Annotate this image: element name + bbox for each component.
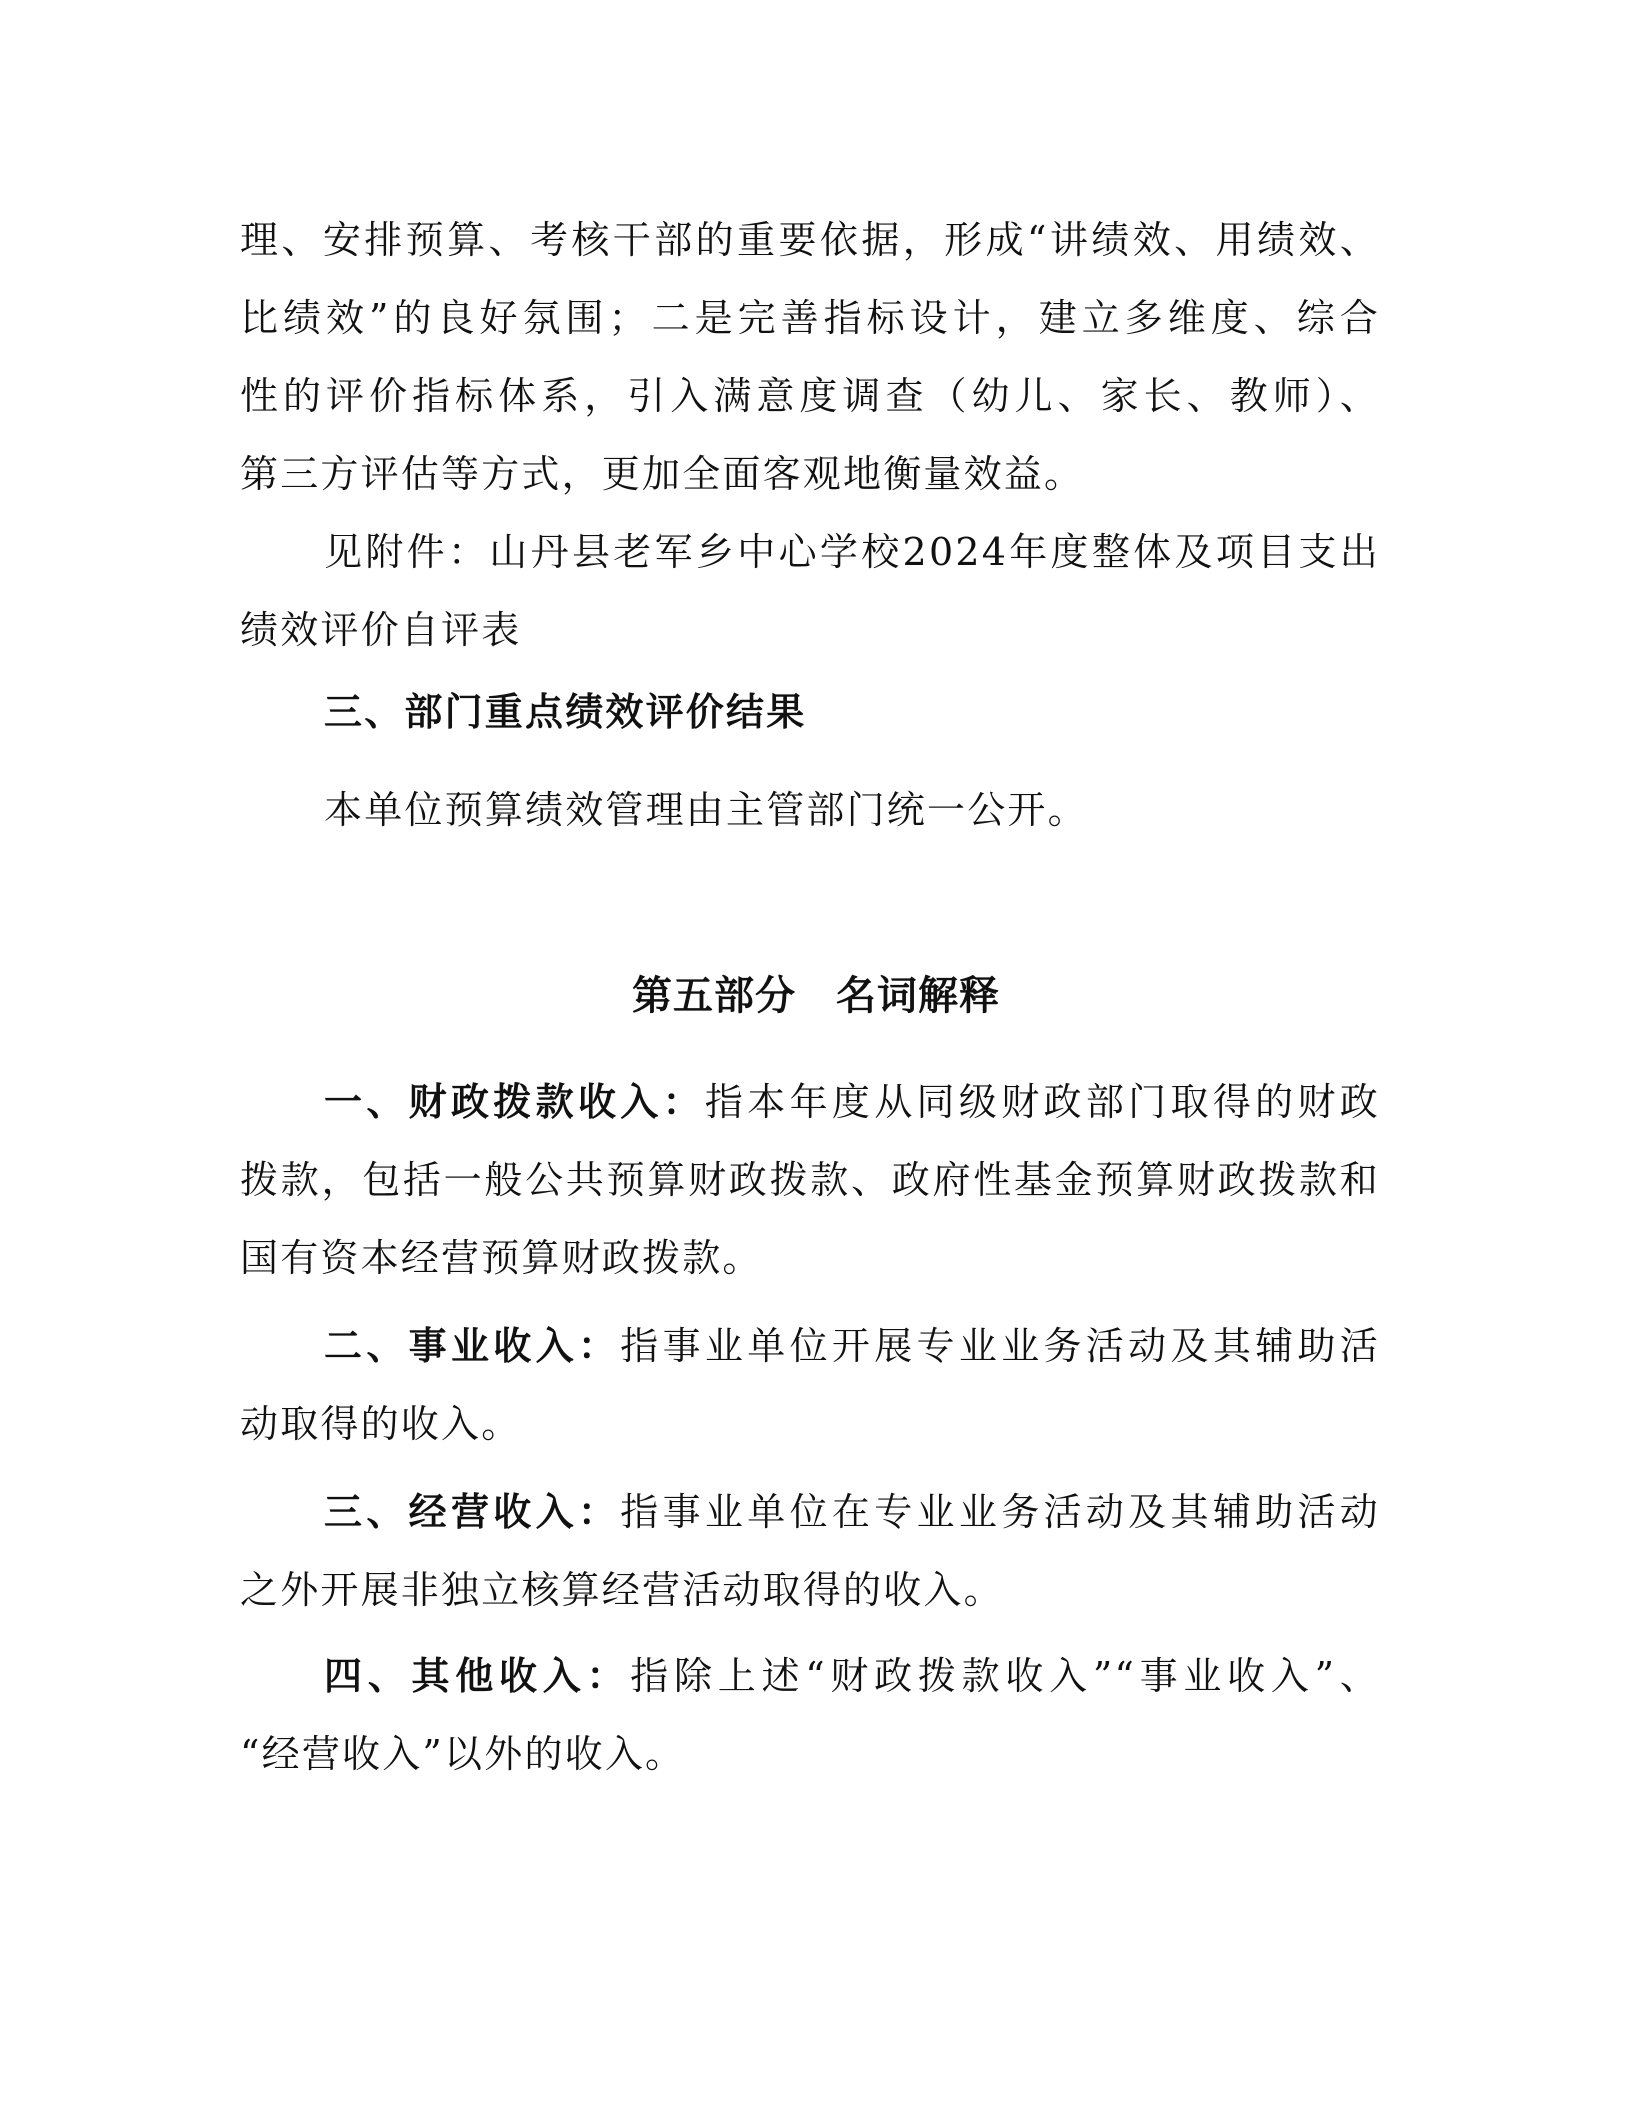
term-label: 四、其他收入： <box>324 1654 630 1698</box>
term-definition: 指事业单位在专业业务活动及其辅助活动 <box>620 1490 1380 1534</box>
section-title-name: 名词解释 <box>836 972 1000 1019</box>
term-business-income: 二、事业收入：指事业单位开展专业业务活动及其辅助活 <box>324 1324 1380 1368</box>
term-definition-line: 国有资本经营预算财政拨款。 <box>240 1236 1380 1280</box>
term-definition: 指本年度从同级财政部门取得的财政 <box>705 1080 1380 1124</box>
paragraph-line: 比绩效”的良好氛围；二是完善指标设计，建立多维度、综合 <box>240 296 1380 340</box>
term-definition-line: 之外开展非独立核算经营活动取得的收入。 <box>240 1568 1380 1612</box>
term-fiscal-appropriation: 一、财政拨款收入：指本年度从同级财政部门取得的财政 <box>324 1080 1380 1124</box>
attachment-line: 绩效评价自评表 <box>240 608 1380 652</box>
document-page: 理、安排预算、考核干部的重要依据，形成“讲绩效、用绩效、 比绩效”的良好氛围；二… <box>0 0 1632 2112</box>
term-label: 一、财政拨款收入： <box>324 1080 705 1124</box>
term-definition: 指除上述“财政拨款收入”“事业收入”、 <box>630 1654 1380 1698</box>
term-label: 三、经营收入： <box>324 1490 620 1534</box>
term-definition-line: 拨款，包括一般公共预算财政拨款、政府性基金预算财政拨款和 <box>240 1158 1380 1202</box>
term-definition-line: “经营收入”以外的收入。 <box>240 1732 1380 1776</box>
term-operating-income: 三、经营收入：指事业单位在专业业务活动及其辅助活动 <box>324 1490 1380 1534</box>
term-other-income: 四、其他收入：指除上述“财政拨款收入”“事业收入”、 <box>324 1654 1380 1698</box>
paragraph-line: 理、安排预算、考核干部的重要依据，形成“讲绩效、用绩效、 <box>240 218 1380 262</box>
subheading-key-evaluation-results: 三、部门重点绩效评价结果 <box>324 690 1380 734</box>
paragraph-line: 第三方评估等方式，更加全面客观地衡量效益。 <box>240 452 1380 496</box>
term-definition-line: 动取得的收入。 <box>240 1402 1380 1446</box>
section-title-part: 第五部分 <box>632 972 796 1019</box>
subheading-body: 本单位预算绩效管理由主管部门统一公开。 <box>324 788 1380 832</box>
term-label: 二、事业收入： <box>324 1324 620 1368</box>
term-definition: 指事业单位开展专业业务活动及其辅助活 <box>620 1324 1380 1368</box>
attachment-line: 见附件：山丹县老军乡中心学校2024年度整体及项目支出 <box>324 530 1380 574</box>
section-title: 第五部分名词解释 <box>0 972 1632 1020</box>
paragraph-line: 性的评价指标体系，引入满意度调查（幼儿、家长、教师）、 <box>240 374 1380 418</box>
